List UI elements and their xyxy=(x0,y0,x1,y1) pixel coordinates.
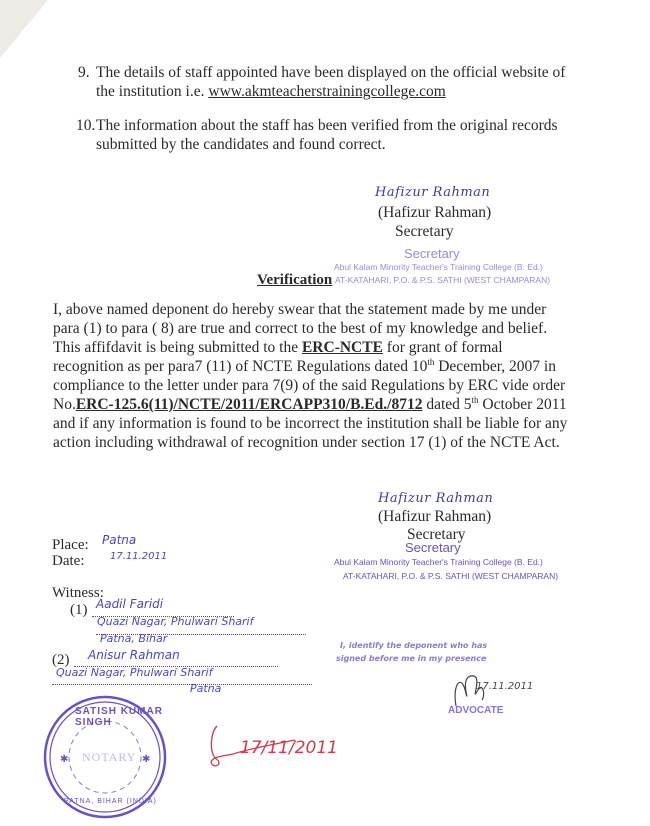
superscript: th xyxy=(472,395,479,405)
text: No. xyxy=(53,396,76,413)
signatory-name: (Hafizur Rahman) xyxy=(378,508,491,526)
stamp-college: Abul Kalam Minority Teacher's Training C… xyxy=(334,557,543,567)
text: December, 2007 in xyxy=(434,358,556,375)
verification-line: para (1) to para ( 8) are true and corre… xyxy=(53,320,547,338)
witness-2-address: Quazi Nagar, Phulwari Sharif xyxy=(56,666,213,679)
item-text-line: the institution i.e. www.akmteacherstrai… xyxy=(96,83,446,101)
advocate-stamp: ADVOCATE xyxy=(448,705,503,716)
verification-line: action including withdrawal of recogniti… xyxy=(53,434,560,452)
place-label: Place: xyxy=(52,537,89,554)
text: recognition as per para7 (11) of NCTE Re… xyxy=(53,358,427,375)
verification-line: This affifdavit is being submitted to th… xyxy=(53,339,503,357)
stamp-title: Secretary xyxy=(405,540,461,555)
item-text-line: submitted by the candidates and found co… xyxy=(96,136,386,154)
item-text: the institution i.e. xyxy=(96,83,208,100)
advocate-note: signed before me in my presence xyxy=(336,654,486,663)
page-corner-shadow xyxy=(0,0,48,58)
date-label: Date: xyxy=(52,553,84,570)
stamp-college: Abul Kalam Minority Teacher's Training C… xyxy=(334,262,543,272)
text: for grant of formal xyxy=(383,339,503,356)
date-value: 17.11.2011 xyxy=(110,551,167,562)
website-link[interactable]: www.akmteacherstrainingcollege.com xyxy=(208,83,445,100)
advocate-note: I, identify the deponent who has xyxy=(340,641,487,650)
notary-seal: ✱ ✱ SATISH KUMAR SINGH NOTARY PATNA, BIH… xyxy=(42,694,168,820)
handwritten-signature: Hafizur Rahman xyxy=(375,185,490,200)
stamp-address: AT-KATAHARI, P.O. & P.S. SATHI (WEST CHA… xyxy=(335,275,550,285)
erc-ncte: ERC-NCTE xyxy=(302,339,383,356)
verification-line: and if any information is found to be in… xyxy=(53,415,567,433)
verification-line: recognition as per para7 (11) of NCTE Re… xyxy=(53,358,556,376)
verification-line: compliance to the letter under para 7(9)… xyxy=(53,377,565,395)
witness-2-name: Anisur Rahman xyxy=(88,648,180,662)
signatory-name: (Hafizur Rahman) xyxy=(378,204,491,222)
stamp-address: AT-KATAHARI, P.O. & P.S. SATHI (WEST CHA… xyxy=(343,571,558,581)
svg-text:✱: ✱ xyxy=(142,754,150,765)
witness-1-address: Quazi Nagar, Phulwari Sharif xyxy=(97,615,254,628)
stamp-title: Secretary xyxy=(404,246,460,261)
item-number: 9. xyxy=(78,64,90,82)
notary-location: PATNA, BIHAR (INDIA) xyxy=(64,798,157,805)
witness-1-number: (1) xyxy=(70,602,88,619)
witness-1-address: Patna, Bihar xyxy=(100,632,167,645)
item-text-line: The details of staff appointed have been… xyxy=(96,64,565,82)
text: October 2011 xyxy=(479,396,567,413)
text: dated 5 xyxy=(422,396,471,413)
item-text-line: The information about the staff has been… xyxy=(96,117,558,135)
item-number: 10. xyxy=(76,117,95,135)
notary-center: NOTARY xyxy=(82,750,136,765)
advocate-date: 17.11.2011 xyxy=(476,681,533,692)
svg-text:✱: ✱ xyxy=(60,754,68,765)
notary-name: SATISH KUMAR SINGH xyxy=(75,706,168,728)
verification-line: I, above named deponent do hereby swear … xyxy=(53,301,546,319)
witness-2-address: Patna xyxy=(190,682,221,695)
verification-line: No.ERC-125.6(11)/NCTE/2011/ERCAPP310/B.E… xyxy=(53,396,567,414)
notary-date: 17/11/2011 xyxy=(240,738,338,758)
place-value: Patna xyxy=(102,533,136,547)
signatory-title: Secretary xyxy=(395,223,454,241)
order-number: ERC-125.6(11)/NCTE/2011/ERCAPP310/B.Ed./… xyxy=(76,396,423,413)
verification-heading: Verification xyxy=(257,271,332,289)
witness-1-name: Aadil Faridi xyxy=(96,597,163,611)
text: This affifdavit is being submitted to th… xyxy=(53,339,302,356)
handwritten-signature: Hafizur Rahman xyxy=(378,491,493,506)
